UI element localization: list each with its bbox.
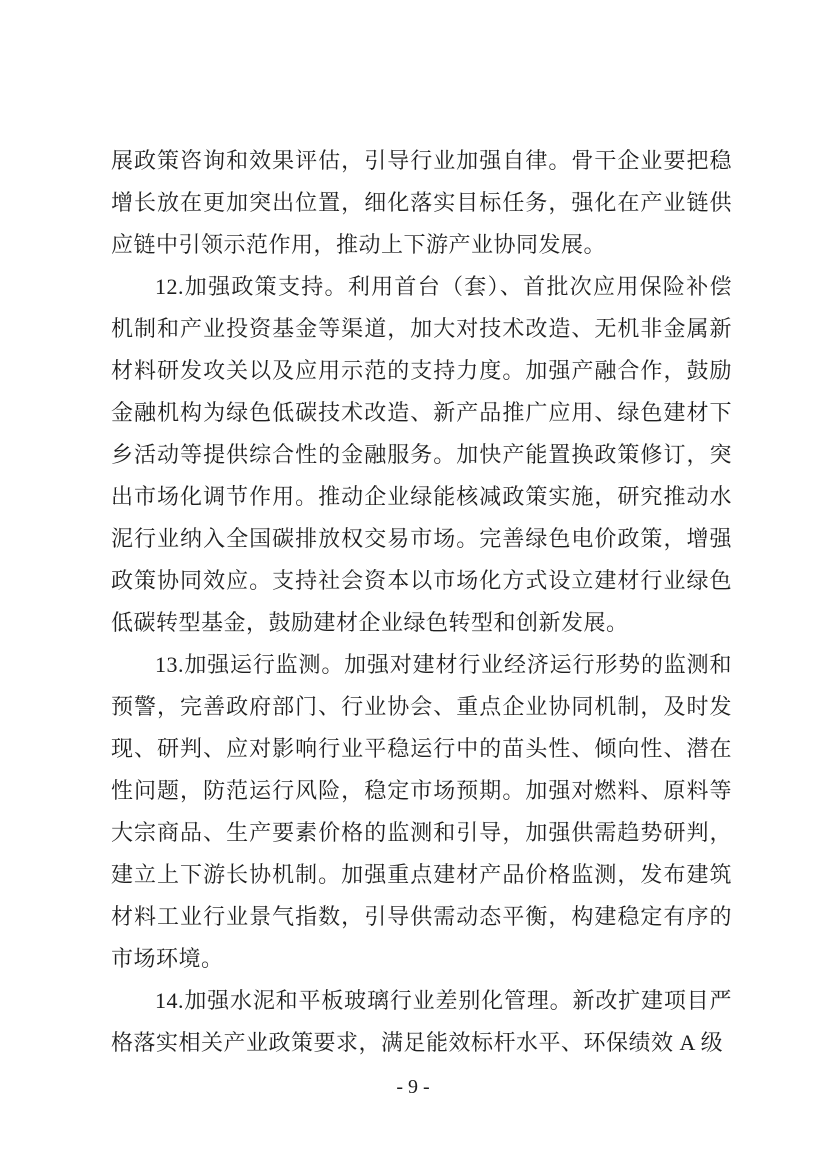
document-body: 展政策咨询和效果评估，引导行业加强自律。骨干企业要把稳增长放在更加突出位置，细化…: [111, 140, 732, 1064]
paragraph-continuation: 展政策咨询和效果评估，引导行业加强自律。骨干企业要把稳增长放在更加突出位置，细化…: [111, 140, 732, 266]
document-page: 展政策咨询和效果评估，引导行业加强自律。骨干企业要把稳增长放在更加突出位置，细化…: [0, 0, 826, 1169]
paragraph-12-policy-support: 12.加强政策支持。利用首台（套）、首批次应用保险补偿机制和产业投资基金等渠道，…: [111, 266, 732, 644]
paragraph-13-operation-monitoring: 13.加强运行监测。加强对建材行业经济运行形势的监测和预警，完善政府部门、行业协…: [111, 644, 732, 980]
paragraph-14-differentiated-management: 14.加强水泥和平板玻璃行业差别化管理。新改扩建项目严格落实相关产业政策要求，满…: [111, 980, 732, 1064]
page-number: - 9 -: [0, 1072, 826, 1102]
